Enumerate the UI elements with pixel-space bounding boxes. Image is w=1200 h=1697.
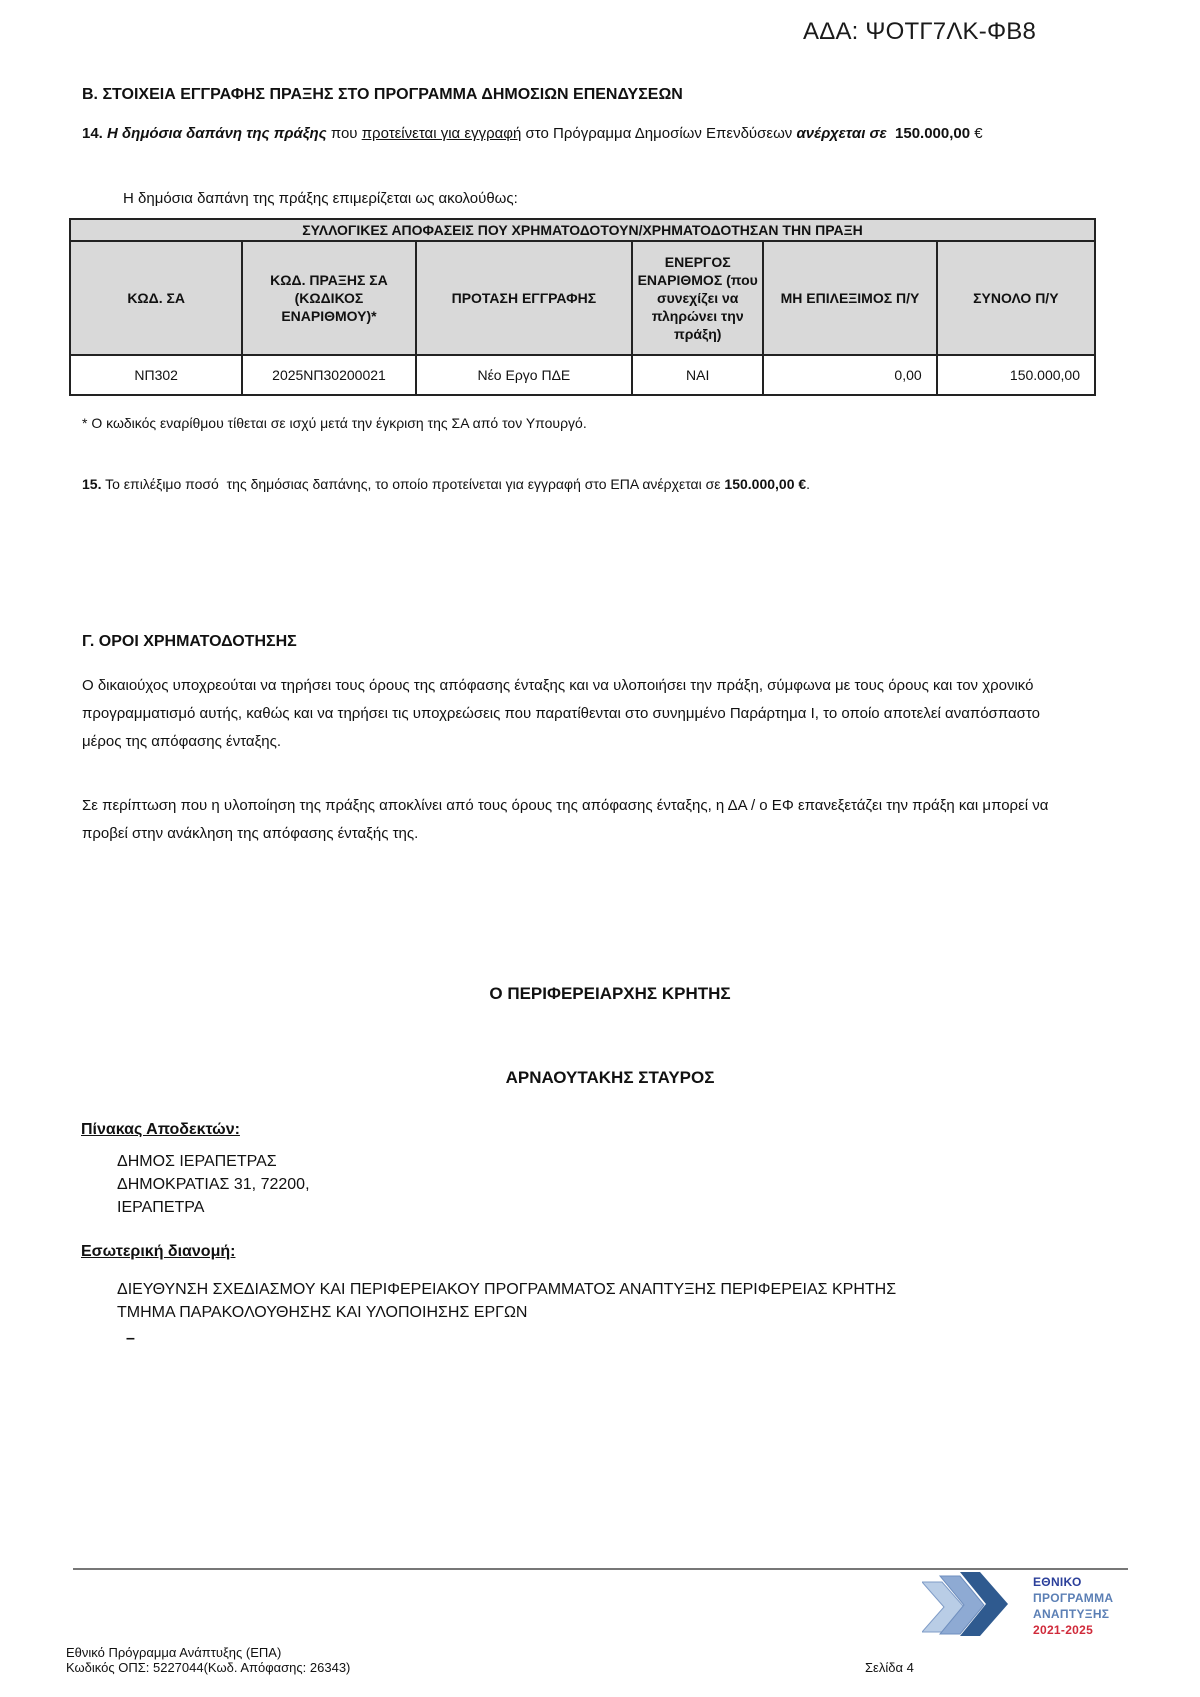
internal-distribution-label: Εσωτερική διανομή: (81, 1243, 235, 1261)
item-15-amount: 150.000,00 € (724, 476, 806, 492)
distribution-dash: – (126, 1330, 135, 1348)
table-cell: 150.000,00 (937, 355, 1095, 395)
recipient-line: ΙΕΡΑΠΕΤΡΑ (117, 1196, 310, 1219)
terms-paragraph-1: Ο δικαιούχος υποχρεούται να τηρήσει τους… (82, 672, 1142, 756)
table-cell: ΝΠ302 (70, 355, 242, 395)
section-c-title: Γ. ΟΡΟΙ ΧΡΗΜΑΤΟΔΟΤΗΣΗΣ (82, 633, 297, 651)
page-number: Σελίδα 4 (865, 1660, 914, 1676)
table-cell: 2025ΝΠ30200021 (242, 355, 415, 395)
column-header: ΕΝΕΡΓΟΣ ΕΝΑΡΙΘΜΟΣ (που συνεχίζει να πληρ… (632, 241, 763, 355)
terms-paragraph-2: Σε περίπτωση που η υλοποίηση της πράξης … (82, 792, 1142, 848)
section-b-title: Β. ΣΤΟΙΧΕΙΑ ΕΓΓΡΑΦΗΣ ΠΡΑΞΗΣ ΣΤΟ ΠΡΟΓΡΑΜΜ… (82, 86, 683, 104)
table-title: ΣΥΛΛΟΓΙΚΕΣ ΑΠΟΦΑΣΕΙΣ ΠΟΥ ΧΡΗΜΑΤΟΔΟΤΟΥΝ/Χ… (70, 219, 1095, 241)
table-cell: 0,00 (763, 355, 936, 395)
item-14: 14. Η δημόσια δαπάνη της πράξης που προτ… (82, 120, 983, 148)
footer-program: Εθνικό Πρόγραμμα Ανάπτυξης (ΕΠΑ) (66, 1645, 281, 1661)
column-header: ΚΩΔ. ΠΡΑΞΗΣ ΣΑ (ΚΩΔΙΚΟΣ ΕΝΑΡΙΘΜΟΥ)* (242, 241, 415, 355)
distribution-line: ΤΜΗΜΑ ΠΑΡΑΚΟΛΟΥΘΗΣΗΣ ΚΑΙ ΥΛΟΠΟΙΗΣΗΣ ΕΡΓΩ… (117, 1301, 896, 1324)
internal-distribution-list: ΔΙΕΥΘΥΝΣΗ ΣΧΕΔΙΑΣΜΟΥ ΚΑΙ ΠΕΡΙΦΕΡΕΙΑΚΟΥ Π… (117, 1278, 896, 1324)
recipient-line: ΔΗΜΟΚΡΑΤΙΑΣ 31, 72200, (117, 1173, 310, 1196)
table-cell: Νέο Εργο ΠΔΕ (416, 355, 632, 395)
chevrons-logo-icon (922, 1572, 1022, 1642)
column-header: ΜΗ ΕΠΙΛΕΞΙΜΟΣ Π/Υ (763, 241, 936, 355)
breakdown-intro: Η δημόσια δαπάνη της πράξης επιμερίζεται… (123, 185, 518, 213)
column-header: ΚΩΔ. ΣΑ (70, 241, 242, 355)
recipients-list: ΔΗΜΟΣ ΙΕΡΑΠΕΤΡΑΣ ΔΗΜΟΚΡΑΤΙΑΣ 31, 72200, … (117, 1150, 310, 1219)
table-cell: ΝΑΙ (632, 355, 763, 395)
signatory-role: Ο ΠΕΡΙΦΕΡΕΙΑΡΧΗΣ ΚΡΗΤΗΣ (10, 984, 1200, 1004)
table-row: ΝΠ3022025ΝΠ30200021Νέο Εργο ΠΔΕΝΑΙ0,0015… (70, 355, 1095, 395)
distribution-line: ΔΙΕΥΘΥΝΣΗ ΣΧΕΔΙΑΣΜΟΥ ΚΑΙ ΠΕΡΙΦΕΡΕΙΑΚΟΥ Π… (117, 1278, 896, 1301)
footer-codes: Κωδικός ΟΠΣ: 5227044(Κωδ. Απόφασης: 2634… (66, 1660, 350, 1676)
epa-logo-text: ΕΘΝΙΚΟ ΠΡΟΓΡΑΜΜΑ ΑΝΑΠΤΥΞΗΣ 2021-2025 (1033, 1574, 1113, 1638)
ada-code: ΑΔΑ: ΨΟΤΓ7ΛΚ-ΦΒ8 (803, 18, 1036, 46)
item-15: 15. Το επιλέξιμο ποσό της δημόσιας δαπάν… (82, 476, 810, 492)
footer-divider (73, 1568, 1128, 1570)
funding-table: ΣΥΛΛΟΓΙΚΕΣ ΑΠΟΦΑΣΕΙΣ ΠΟΥ ΧΡΗΜΑΤΟΔΟΤΟΥΝ/Χ… (69, 218, 1096, 396)
column-header: ΠΡΟΤΑΣΗ ΕΓΓΡΑΦΗΣ (416, 241, 632, 355)
signatory-name: ΑΡΝΑΟΥΤΑΚΗΣ ΣΤΑΥΡΟΣ (10, 1068, 1200, 1088)
footnote: * Ο κωδικός εναρίθμου τίθεται σε ισχύ με… (82, 415, 587, 431)
recipient-line: ΔΗΜΟΣ ΙΕΡΑΠΕΤΡΑΣ (117, 1150, 310, 1173)
item-14-amount: 150.000,00 (887, 125, 970, 142)
recipients-label: Πίνακας Αποδεκτών: (81, 1121, 240, 1139)
item-14-number: 14. (82, 125, 103, 142)
column-header: ΣΥΝΟΛΟ Π/Υ (937, 241, 1095, 355)
